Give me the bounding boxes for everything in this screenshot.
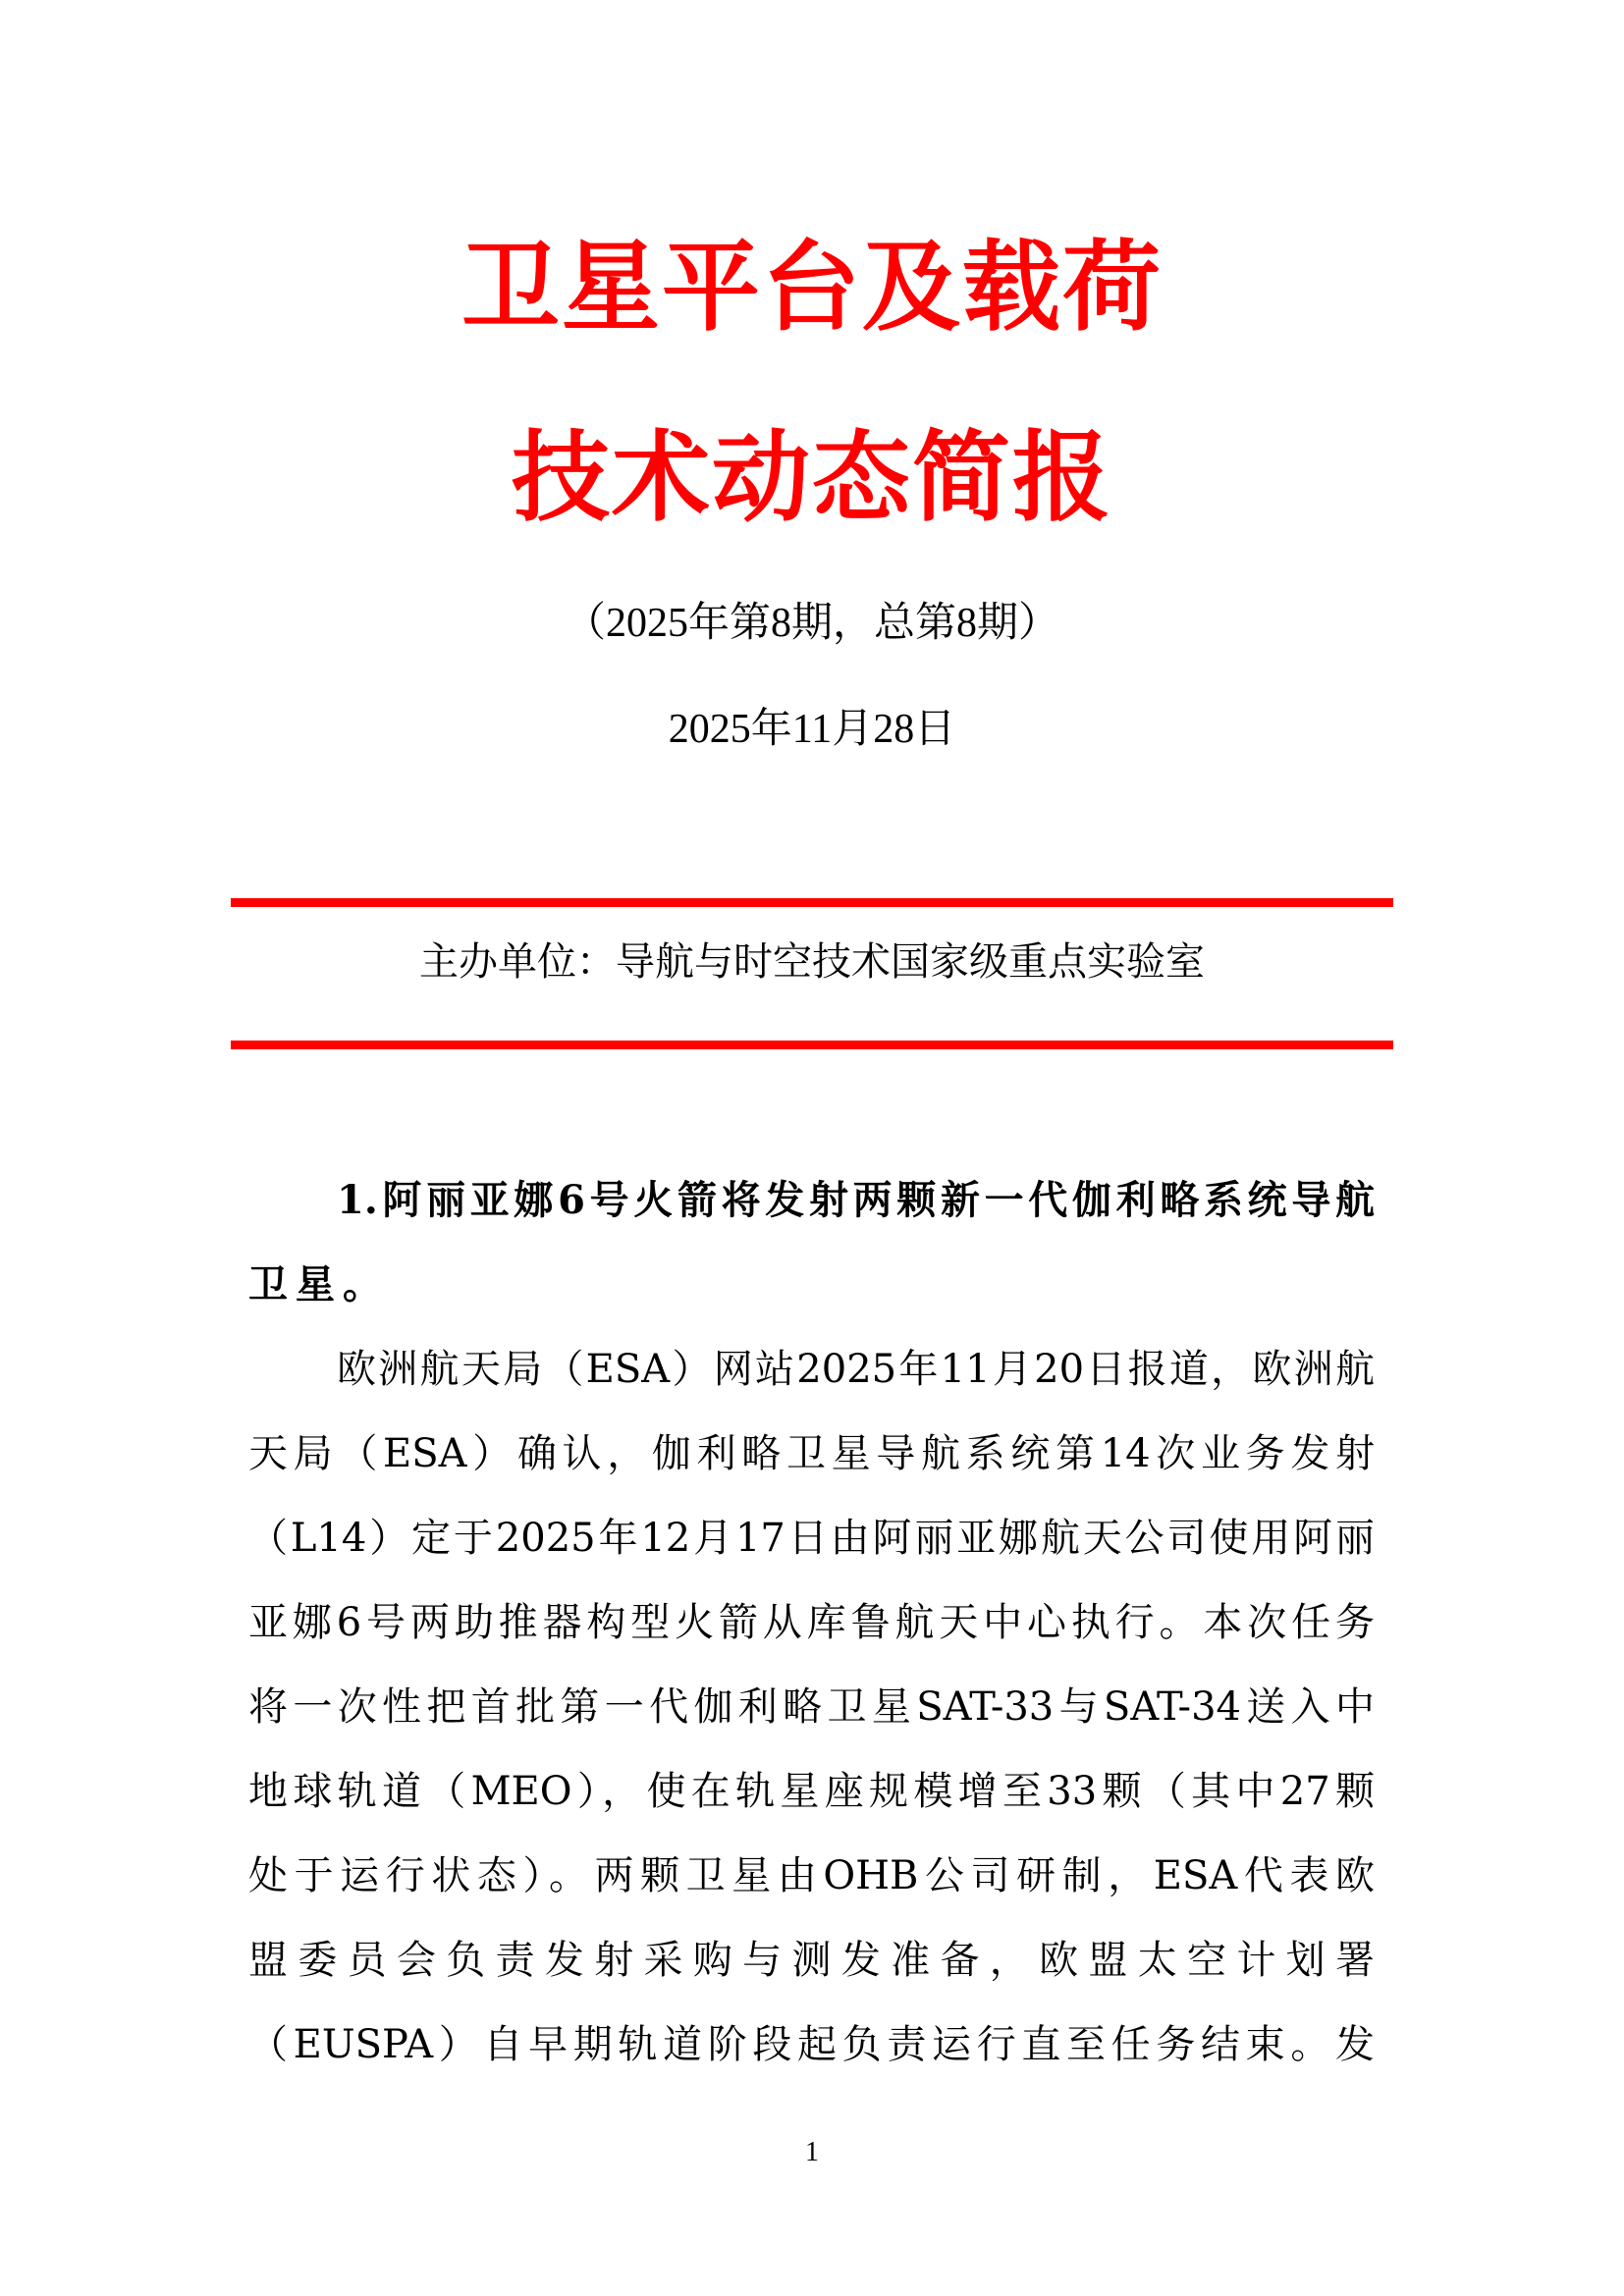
article-body-line: 盟委员会负责发射采购与测发准备，欧盟太空计划署: [248, 1936, 1375, 1985]
bulletin-title-line-2: 技术动态简报: [0, 424, 1624, 532]
publication-date: 2025年11月28日: [0, 705, 1624, 754]
organizer-line: 主办单位：导航与时空技术国家级重点实验室: [0, 937, 1624, 987]
red-divider-top: [231, 898, 1393, 907]
article-body-line: 处于运行状态）。两颗卫星由OHB公司研制，ESA代表欧: [248, 1851, 1375, 1900]
page-number: 1: [0, 2136, 1624, 2169]
article-heading-line-2: 卫星。: [248, 1260, 1375, 1309]
issue-number: （2025年第8期，总第8期）: [0, 599, 1624, 648]
article-body-line: 将一次性把首批第一代伽利略卫星SAT-33与SAT-34送入中: [248, 1682, 1375, 1732]
article-body-line: （L14）定于2025年12月17日由阿丽亚娜航天公司使用阿丽: [248, 1514, 1375, 1563]
bulletin-title-line-1: 卫星平台及载荷: [0, 234, 1624, 342]
article-body-line: （EUSPA）自早期轨道阶段起负责运行直至任务结束。发: [248, 2020, 1375, 2069]
article-heading-line-1: 1.阿丽亚娜6号火箭将发射两颗新一代伽利略系统导航: [337, 1176, 1375, 1225]
article-body-line: 欧洲航天局（ESA）网站2025年11月20日报道，欧洲航: [337, 1345, 1375, 1394]
article-body-line: 亚娜6号两助推器构型火箭从库鲁航天中心执行。本次任务: [248, 1598, 1375, 1647]
article-body-line: 天局（ESA）确认，伽利略卫星导航系统第14次业务发射: [248, 1429, 1375, 1478]
red-divider-bottom: [231, 1041, 1393, 1049]
article-body-line: 地球轨道（MEO），使在轨星座规模增至33颗（其中27颗: [248, 1767, 1375, 1816]
document-page: 卫星平台及载荷 技术动态简报 （2025年第8期，总第8期） 2025年11月2…: [0, 0, 1624, 2296]
